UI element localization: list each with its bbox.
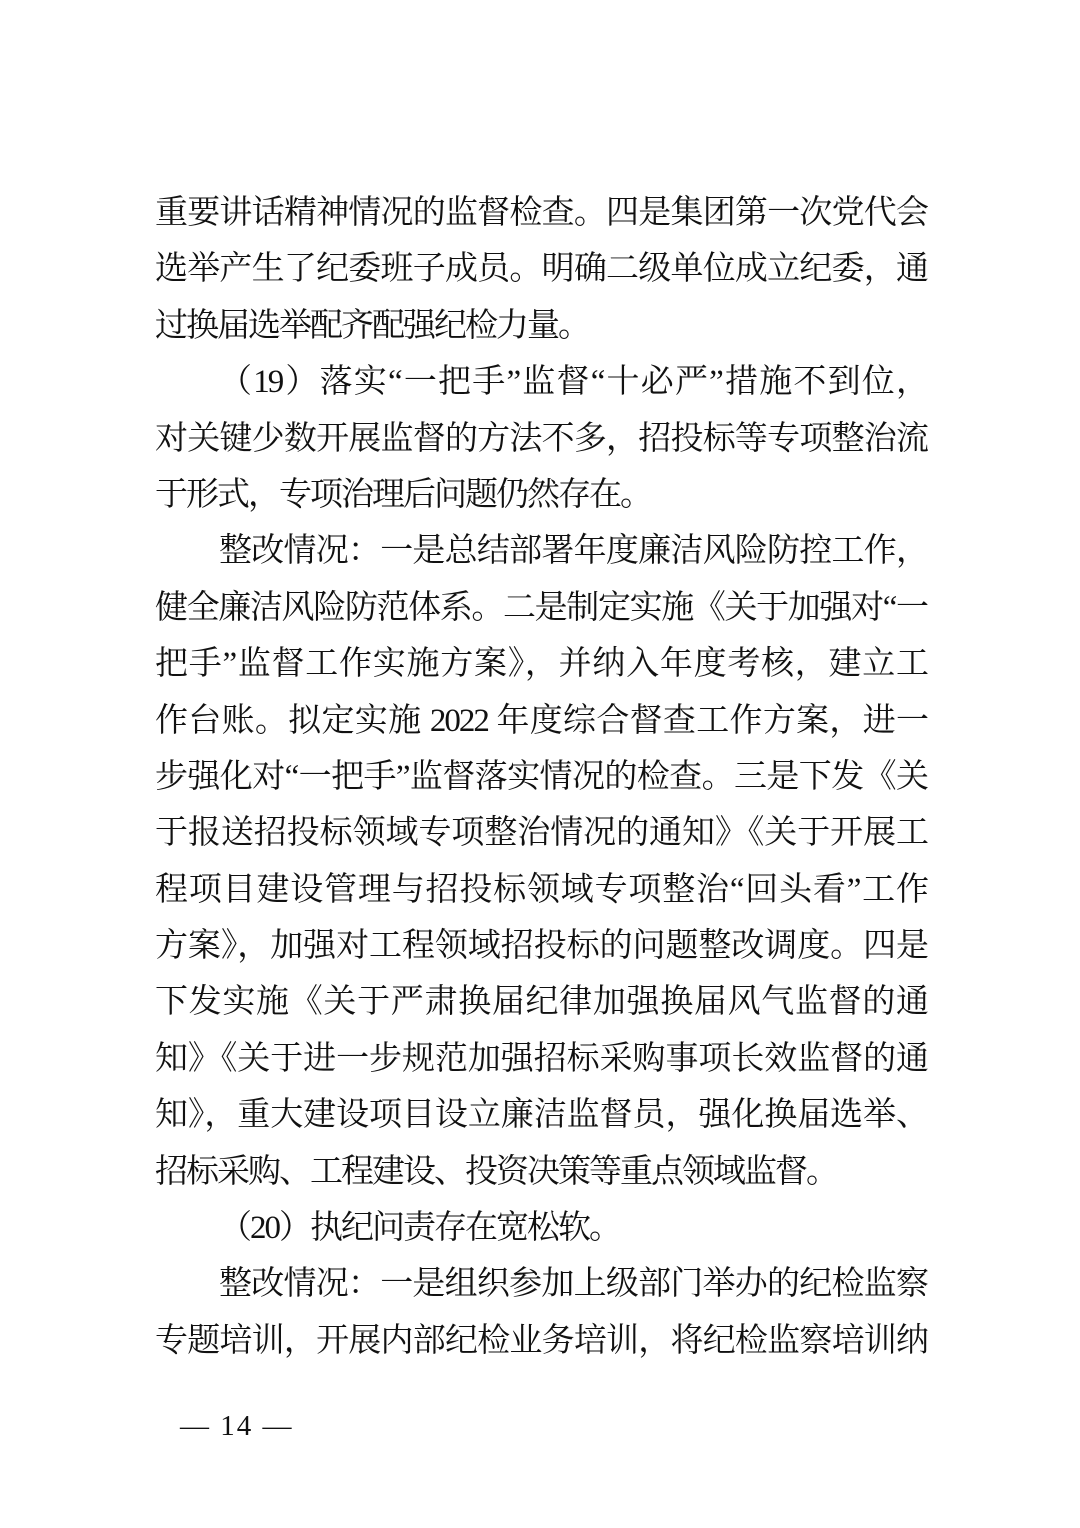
text-line: 作台账。拟定实施 2022 年度综合督查工作方案，进一 — [155, 693, 927, 749]
text-line: 把手”监督工作实施方案》，并纳入年度考核，建立工 — [155, 636, 927, 692]
text-line: 步强化对“一把手”监督落实情况的检查。三是下发《关 — [155, 749, 927, 805]
text-line: 于形式，专项治理后问题仍然存在。 — [155, 467, 927, 523]
text-line: （19）落实“一把手”监督“十必严”措施不到位， — [155, 354, 927, 410]
text-line: 下发实施《关于严肃换届纪律加强换届风气监督的通 — [155, 974, 927, 1030]
text-line: 招标采购、工程建设、投资决策等重点领域监督。 — [155, 1144, 927, 1200]
text-line: 专题培训，开展内部纪检业务培训，将纪检监察培训纳 — [155, 1313, 927, 1369]
document-page: 重要讲话精神情况的监督检查。四是集团第一次党代会选举产生了纪委班子成员。明确二级… — [0, 0, 1080, 1528]
document-body: 重要讲话精神情况的监督检查。四是集团第一次党代会选举产生了纪委班子成员。明确二级… — [155, 185, 927, 1369]
text-line: 重要讲话精神情况的监督检查。四是集团第一次党代会 — [155, 185, 927, 241]
text-line: 对关键少数开展监督的方法不多，招投标等专项整治流 — [155, 411, 927, 467]
text-line: 整改情况：一是总结部署年度廉洁风险防控工作， — [155, 523, 927, 579]
text-line: （20）执纪问责存在宽松软。 — [155, 1200, 927, 1256]
text-line: 于报送招投标领域专项整治情况的通知》《关于开展工 — [155, 805, 927, 861]
text-line: 过换届选举配齐配强纪检力量。 — [155, 298, 927, 354]
text-line: 选举产生了纪委班子成员。明确二级单位成立纪委，通 — [155, 241, 927, 297]
text-line: 程项目建设管理与招投标领域专项整治“回头看”工作 — [155, 862, 927, 918]
text-line: 整改情况：一是组织参加上级部门举办的纪检监察 — [155, 1256, 927, 1312]
text-line: 知》《关于进一步规范加强招标采购事项长效监督的通 — [155, 1031, 927, 1087]
text-line: 方案》，加强对工程领域招投标的问题整改调度。四是 — [155, 918, 927, 974]
page-number: — 14 — — [180, 1404, 294, 1448]
text-line: 知》，重大建设项目设立廉洁监督员，强化换届选举、 — [155, 1087, 927, 1143]
text-line: 健全廉洁风险防范体系。二是制定实施《关于加强对“一 — [155, 580, 927, 636]
